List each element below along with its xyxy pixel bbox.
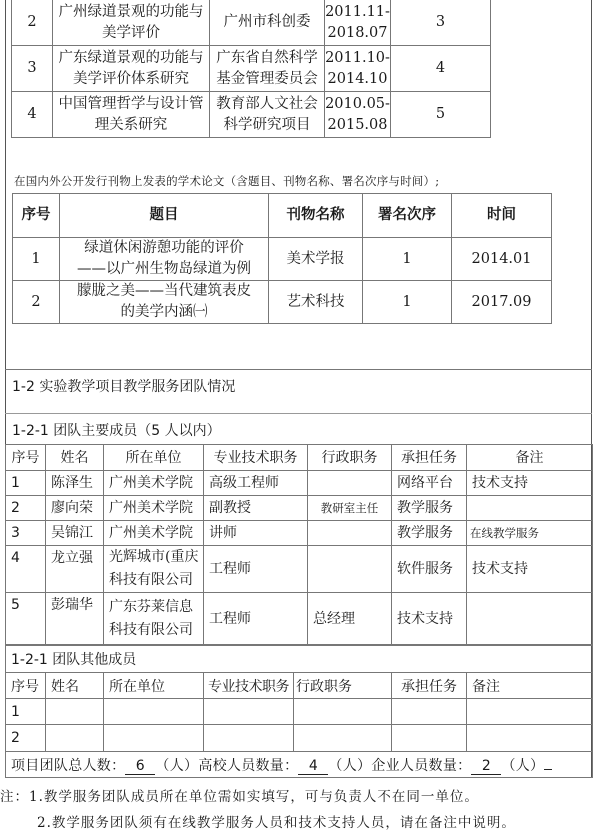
member-tech-title: 高级工程师	[204, 471, 308, 496]
member-tech-title: 副教授	[204, 496, 308, 521]
col-header-admin-title: 行政职务	[308, 445, 392, 471]
other-members-table: 1-2-1 团队其他成员 序号 姓名 所在单位 专业技术职务 行政职务 承担任务…	[5, 645, 593, 778]
project-title: 广东绿道景观的功能与美学评价体系研究	[53, 46, 210, 92]
member-tech-title: 工程师	[204, 546, 308, 593]
college-value: 4	[298, 758, 328, 775]
project-period: 2011.11-2018.07	[325, 0, 391, 46]
paper-no: 1	[13, 238, 60, 281]
col-header-unit: 所在单位	[104, 673, 204, 699]
col-header-author-order: 署名次序	[363, 194, 452, 238]
col-header-name: 姓名	[46, 445, 104, 471]
project-rank: 5	[391, 92, 491, 138]
member-admin-title-field[interactable]	[294, 699, 392, 725]
member-no: 1	[6, 471, 46, 496]
member-name: 吴锦江	[46, 521, 104, 546]
member-note	[467, 593, 593, 645]
member-note-field[interactable]	[467, 699, 593, 725]
table-row: 1	[6, 699, 593, 725]
member-name: 龙立强	[46, 546, 104, 593]
table-row: 2 广州绿道景观的功能与美学评价 广州市科创委 2011.11-2018.07 …	[12, 0, 491, 46]
project-no: 3	[12, 46, 53, 92]
paper-title: 朦胧之美——当代建筑表皮的美学内涵㈠	[60, 281, 269, 324]
member-no: 4	[6, 546, 46, 593]
member-unit-field[interactable]	[104, 725, 204, 752]
table-row: 1 陈泽生 广州美术学院 高级工程师 网络平台 技术支持	[6, 471, 593, 496]
col-header-no: 序号	[13, 194, 60, 238]
table-row: 2 朦胧之美——当代建筑表皮的美学内涵㈠ 艺术科技 1 2017.09	[13, 281, 552, 324]
member-no: 2	[6, 496, 46, 521]
col-header-task: 承担任务	[392, 445, 467, 471]
main-members-title: 1-2-1 团队主要成员（5 人以内）	[12, 420, 221, 440]
paper-author-order: 1	[363, 238, 452, 281]
table-row: 4 龙立强 光辉城市(重庆科技有限公司 工程师 软件服务 技术支持	[6, 546, 593, 593]
member-no: 2	[6, 725, 46, 752]
note-line-2: 2.教学服务团队须有在线教学服务人员和技术支持人员，请在备注中说明。	[37, 811, 516, 831]
divider	[5, 413, 592, 414]
member-task-field[interactable]	[392, 725, 467, 752]
member-unit: 广东芬莱信息科技有限公司	[104, 593, 204, 645]
enterprise-label: 企业人员数量：	[371, 758, 471, 774]
member-name: 廖向荣	[46, 496, 104, 521]
note-line-1: 注：1.教学服务团队成员所在单位需如实填写，可与负责人不在同一单位。	[0, 785, 479, 805]
col-header-note: 备注	[467, 673, 593, 699]
college-label: 高校人员数量：	[198, 758, 298, 774]
unit-label: （人）	[155, 758, 198, 774]
member-admin-title-field[interactable]	[294, 725, 392, 752]
project-source: 教育部人文社会科学研究项目	[210, 92, 325, 138]
enterprise-value: 2	[471, 758, 501, 775]
papers-table: 序号 题目 刊物名称 署名次序 时间 1 绿道休闲游憩功能的评价——以广州生物岛…	[12, 193, 552, 324]
member-no: 5	[6, 593, 46, 645]
col-header-journal: 刊物名称	[269, 194, 363, 238]
project-period: 2011.10-2014.10	[325, 46, 391, 92]
table-row: 5 彭瑞华 广东芬莱信息科技有限公司 工程师 总经理 技术支持	[6, 593, 593, 645]
member-admin-title: 总经理	[308, 593, 392, 645]
project-rank: 4	[391, 46, 491, 92]
section-title: 1-2 实验教学项目教学服务团队情况	[12, 376, 235, 396]
totals-row: 项目团队总人数：6（人）高校人员数量：4（人）企业人员数量：2（人）	[6, 752, 593, 778]
project-title: 广州绿道景观的功能与美学评价	[53, 0, 210, 46]
member-task: 软件服务	[392, 546, 467, 593]
total-value: 6	[125, 758, 155, 775]
member-note-field[interactable]	[467, 725, 593, 752]
table-row: 2	[6, 725, 593, 752]
member-note: 在线教学服务	[467, 521, 593, 546]
col-header-task: 承担任务	[392, 673, 467, 699]
total-label: 项目团队总人数：	[11, 758, 125, 774]
member-task: 技术支持	[392, 593, 467, 645]
member-unit: 光辉城市(重庆科技有限公司	[104, 546, 204, 593]
member-task: 网络平台	[392, 471, 467, 496]
member-note: 技术支持	[467, 471, 593, 496]
table-row: 3 吴锦江 广州美术学院 讲师 教学服务 在线教学服务	[6, 521, 593, 546]
paper-title: 绿道休闲游憩功能的评价——以广州生物岛绿道为例	[60, 238, 269, 281]
member-admin-title	[308, 546, 392, 593]
member-no: 3	[6, 521, 46, 546]
paper-date: 2014.01	[452, 238, 552, 281]
project-period: 2010.05-2015.08	[325, 92, 391, 138]
project-source: 广州市科创委	[210, 0, 325, 46]
trailing-blank	[544, 769, 552, 770]
main-members-table: 序号 姓名 所在单位 专业技术职务 行政职务 承担任务 备注 1 陈泽生 广州美…	[5, 444, 593, 645]
paper-date: 2017.09	[452, 281, 552, 324]
col-header-no: 序号	[6, 673, 46, 699]
col-header-no: 序号	[6, 445, 46, 471]
member-tech-title: 讲师	[204, 521, 308, 546]
member-name-field[interactable]	[46, 699, 104, 725]
table-header-row: 序号 姓名 所在单位 专业技术职务 行政职务 承担任务 备注	[6, 673, 593, 699]
paper-journal: 艺术科技	[269, 281, 363, 324]
member-tech-title-field[interactable]	[204, 699, 294, 725]
member-admin-title	[308, 521, 392, 546]
member-unit-field[interactable]	[104, 699, 204, 725]
paper-author-order: 1	[363, 281, 452, 324]
table-row: 3 广东绿道景观的功能与美学评价体系研究 广东省自然科学基金管理委员会 2011…	[12, 46, 491, 92]
project-title: 中国管理哲学与设计管理关系研究	[53, 92, 210, 138]
member-name: 彭瑞华	[46, 593, 104, 645]
member-note	[467, 496, 593, 521]
project-rank: 3	[391, 0, 491, 46]
member-tech-title-field[interactable]	[204, 725, 294, 752]
project-no: 4	[12, 92, 53, 138]
member-note: 技术支持	[467, 546, 593, 593]
table-row: 2 廖向荣 广州美术学院 副教授 教研室主任 教学服务	[6, 496, 593, 521]
member-name-field[interactable]	[46, 725, 104, 752]
member-task: 教学服务	[392, 496, 467, 521]
unit-label: （人）	[501, 758, 544, 774]
table-row: 1 绿道休闲游憩功能的评价——以广州生物岛绿道为例 美术学报 1 2014.01	[13, 238, 552, 281]
member-task-field[interactable]	[392, 699, 467, 725]
unit-label: （人）	[328, 758, 371, 774]
col-header-tech-title: 专业技术职务	[204, 673, 294, 699]
member-task: 教学服务	[392, 521, 467, 546]
col-header-admin-title: 行政职务	[294, 673, 392, 699]
table-row: 4 中国管理哲学与设计管理关系研究 教育部人文社会科学研究项目 2010.05-…	[12, 92, 491, 138]
research-projects-table: 2 广州绿道景观的功能与美学评价 广州市科创委 2011.11-2018.07 …	[11, 0, 491, 138]
member-tech-title: 工程师	[204, 593, 308, 645]
member-unit: 广州美术学院	[104, 521, 204, 546]
member-unit: 广州美术学院	[104, 471, 204, 496]
col-header-date: 时间	[452, 194, 552, 238]
project-no: 2	[12, 0, 53, 46]
paper-journal: 美术学报	[269, 238, 363, 281]
member-unit: 广州美术学院	[104, 496, 204, 521]
member-name: 陈泽生	[46, 471, 104, 496]
col-header-name: 姓名	[46, 673, 104, 699]
table-header-row: 序号 题目 刊物名称 署名次序 时间	[13, 194, 552, 238]
col-header-note: 备注	[467, 445, 593, 471]
member-admin-title: 教研室主任	[308, 496, 392, 521]
papers-caption: 在国内外公开发行刊物上发表的学术论文（含题目、刊物名称、署名次序与时间）;	[14, 173, 439, 189]
table-header-row: 序号 姓名 所在单位 专业技术职务 行政职务 承担任务 备注	[6, 445, 593, 471]
col-header-title: 题目	[60, 194, 269, 238]
col-header-unit: 所在单位	[104, 445, 204, 471]
member-no: 1	[6, 699, 46, 725]
divider	[5, 369, 592, 370]
other-members-title: 1-2-1 团队其他成员	[6, 646, 593, 673]
paper-no: 2	[13, 281, 60, 324]
member-admin-title	[308, 471, 392, 496]
project-source: 广东省自然科学基金管理委员会	[210, 46, 325, 92]
col-header-tech-title: 专业技术职务	[204, 445, 308, 471]
